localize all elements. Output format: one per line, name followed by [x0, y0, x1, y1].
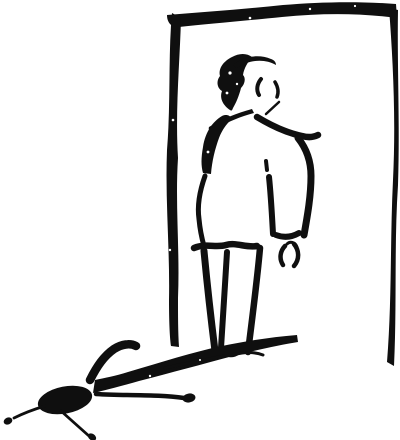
speckle [172, 119, 175, 122]
jacket-hem-stroke [194, 244, 257, 248]
illustration-stage [0, 0, 400, 440]
speckle [207, 151, 210, 154]
speckle [169, 249, 171, 251]
speckle [249, 17, 252, 20]
speckle [236, 83, 238, 85]
arm-inner-dash [266, 161, 267, 170]
speckle [199, 359, 201, 361]
illustration-canvas [0, 0, 400, 440]
speckle [228, 71, 231, 74]
speckle [309, 8, 311, 10]
speckle [354, 5, 356, 7]
speckle [149, 375, 151, 377]
speckle [226, 92, 229, 95]
arm-inner-stroke [269, 177, 273, 234]
